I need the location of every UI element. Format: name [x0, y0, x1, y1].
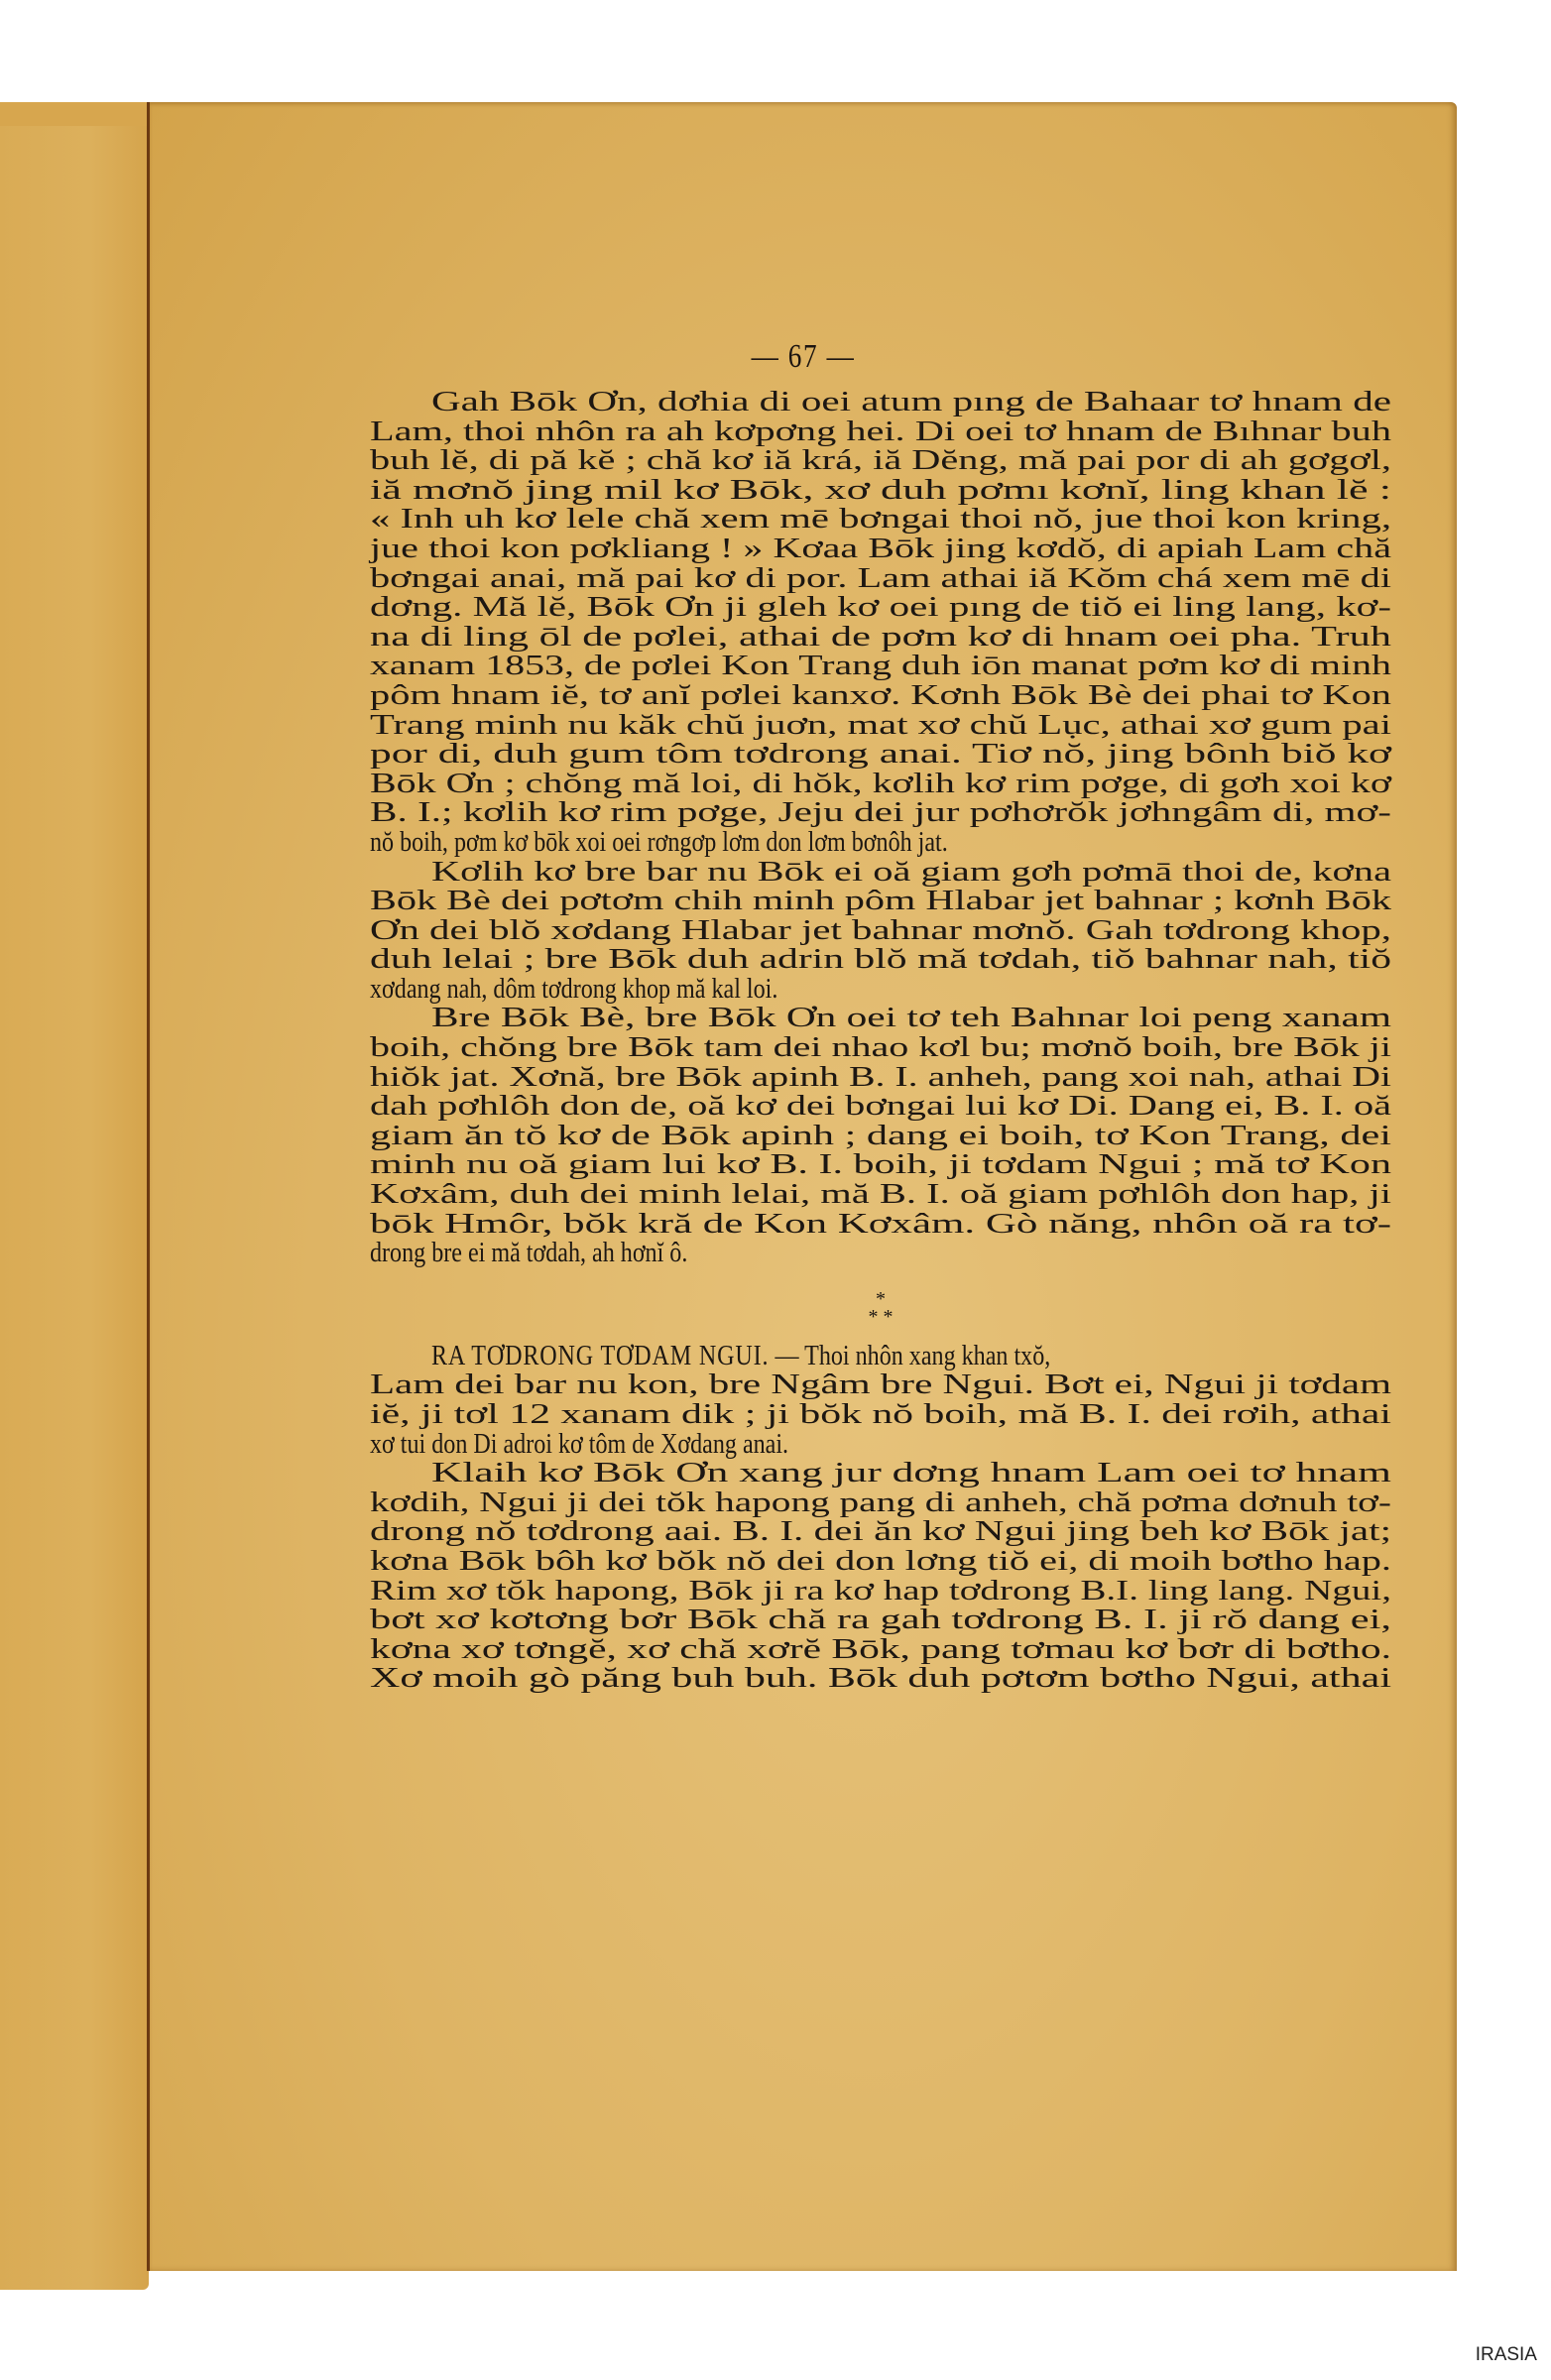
text-line: Kơxâm, duh dei minh lelai, mă B. I. oă g… [370, 1180, 1391, 1210]
text-line: kơna Bōk bôh kơ bŏk nŏ dei don lơng tiŏ … [370, 1547, 1391, 1577]
text-line: drong nŏ tơdrong aai. B. I. dei ăn kơ Ng… [370, 1517, 1391, 1547]
irasia-watermark: IRASIA [1476, 2344, 1537, 2366]
underlying-page-top-edge [0, 102, 159, 128]
text-line: iĕ, ji tơl 12 xanam dik ; ji bŏk nŏ boih… [370, 1400, 1391, 1430]
text-line: Kơlih kơ bre bar nu Bōk ei oă giam gơh p… [370, 858, 1391, 888]
page-body: Gah Bōk Ơn, dơhia di oei atum pıng de Ba… [370, 388, 1391, 1694]
text-line: Trang minh nu kăk chŭ juơn, mat xơ chŭ L… [370, 711, 1391, 741]
text-line: boih, chŏng bre Bōk tam dei nhao kơl bu;… [370, 1033, 1391, 1063]
section-heading-continuation: — Thoi nhôn xang khan txŏ, [769, 1341, 1050, 1371]
asterism-bottom: * * [370, 1308, 1391, 1326]
text-line: « Inh uh kơ lele chă xem mē bơngai thoi … [370, 505, 1391, 535]
text-line: Rim xơ tŏk hapong, Bōk ji ra kơ hap tơdr… [370, 1577, 1391, 1606]
text-line: nŏ boih, pơm kơ bōk xoi oei rơngơp lơm d… [370, 828, 1391, 858]
text-line: pôm hnam iĕ, tơ anĭ pơlei kanxơ. Kơnh Bō… [370, 681, 1391, 711]
text-line: Bre Bōk Bè, bre Bōk Ơn oei tơ teh Bahnar… [370, 1004, 1391, 1033]
text-line: Bōk Bè dei pơtơm chih minh pôm Hlabar je… [370, 887, 1391, 916]
section-ra-todrong: RA TƠDRONG TƠDAM NGUI. — Thoi nhôn xang … [370, 1342, 1391, 1694]
text-line: dơng. Mă lĕ, Bōk Ơn ji gleh kơ oei pıng … [370, 593, 1391, 623]
text-line: buh lĕ, di pă kĕ ; chă kơ iă krá, iă Dĕn… [370, 446, 1391, 476]
text-line: xơ tui don Di adroi kơ tôm de Xơdang ana… [370, 1430, 1391, 1460]
text-line: bơt xơ kơtơng bơr Bōk chă ra gah tơdrong… [370, 1606, 1391, 1635]
text-line: duh lelai ; bre Bōk duh adrin blŏ mă tơd… [370, 945, 1391, 975]
text-line: minh nu oă giam lui kơ B. I. boih, ji tơ… [370, 1150, 1391, 1180]
text-line: Gah Bōk Ơn, dơhia di oei atum pıng de Ba… [370, 388, 1391, 417]
text-line: Xơ moih gò păng buh buh. Bōk duh pơtơm b… [370, 1664, 1391, 1694]
section-heading-line: RA TƠDRONG TƠDAM NGUI. — Thoi nhôn xang … [370, 1342, 1391, 1371]
text-line: xơdang nah, dôm tơdrong khop mă kal loi. [370, 975, 1391, 1005]
paragraph-1: Gah Bōk Ơn, dơhia di oei atum pıng de Ba… [370, 388, 1391, 858]
text-line: iă mơnŏ jing mil kơ Bōk, xơ duh pơmı kơn… [370, 476, 1391, 506]
text-line: hiŏk jat. Xơnă, bre Bōk apinh B. I. anhe… [370, 1063, 1391, 1093]
underlying-page-flap [0, 126, 149, 2290]
text-line: bōk Hmôr, bŏk kră de Kon Kơxâm. Gò năng,… [370, 1210, 1391, 1240]
text-line: por di, duh gum tôm tơdrong anai. Tiơ nŏ… [370, 740, 1391, 770]
text-line: jue thoi kon pơkliang ! » Kơaa Bōk jing … [370, 535, 1391, 564]
text-line: xanam 1853, de pơlei Kon Trang duh iōn m… [370, 652, 1391, 681]
text-line: drong bre ei mă tơdah, ah hơnĭ ô. [370, 1239, 1391, 1268]
text-line: B. I.; kơlih kơ rim pơge, Jeju dei jur p… [370, 798, 1391, 828]
text-line: dah pơhlôh don de, oă kơ dei bơngai lui … [370, 1092, 1391, 1122]
text-line: Lam, thoi nhôn ra ah kơpơng hei. Di oei … [370, 417, 1391, 447]
text-line: Klaih kơ Bōk Ơn xang jur dơng hnam Lam o… [370, 1459, 1391, 1488]
book-page: — 67 — Gah Bōk Ơn, dơhia di oei atum pın… [147, 102, 1457, 2271]
section-heading: RA TƠDRONG TƠDAM NGUI. [431, 1341, 769, 1371]
text-line: kơdih, Ngui ji dei tŏk hapong pang di an… [370, 1488, 1391, 1518]
page-number: — 67 — [281, 338, 1326, 376]
text-line: Ơn dei blŏ xơdang Hlabar jet bahnar mơnŏ… [370, 916, 1391, 946]
text-line: Bōk Ơn ; chŏng mă loi, di hŏk, kơlih kơ … [370, 770, 1391, 799]
paragraph-2: Kơlih kơ bre bar nu Bōk ei oă giam gơh p… [370, 858, 1391, 1005]
text-line: giam ăn tŏ kơ de Bōk apinh ; dang ei boi… [370, 1122, 1391, 1151]
text-line: bơngai anai, mă pai kơ di por. Lam athai… [370, 564, 1391, 594]
text-line: kơna xơ tơngĕ, xơ chă xơrĕ Bōk, pang tơm… [370, 1635, 1391, 1665]
asterism: * * * [370, 1268, 1391, 1342]
paragraph-3: Bre Bōk Bè, bre Bōk Ơn oei tơ teh Bahnar… [370, 1004, 1391, 1267]
text-line: na di ling ōl de pơlei, athai de pơm kơ … [370, 623, 1391, 653]
text-line: Lam dei bar nu kon, bre Ngâm bre Ngui. B… [370, 1370, 1391, 1400]
